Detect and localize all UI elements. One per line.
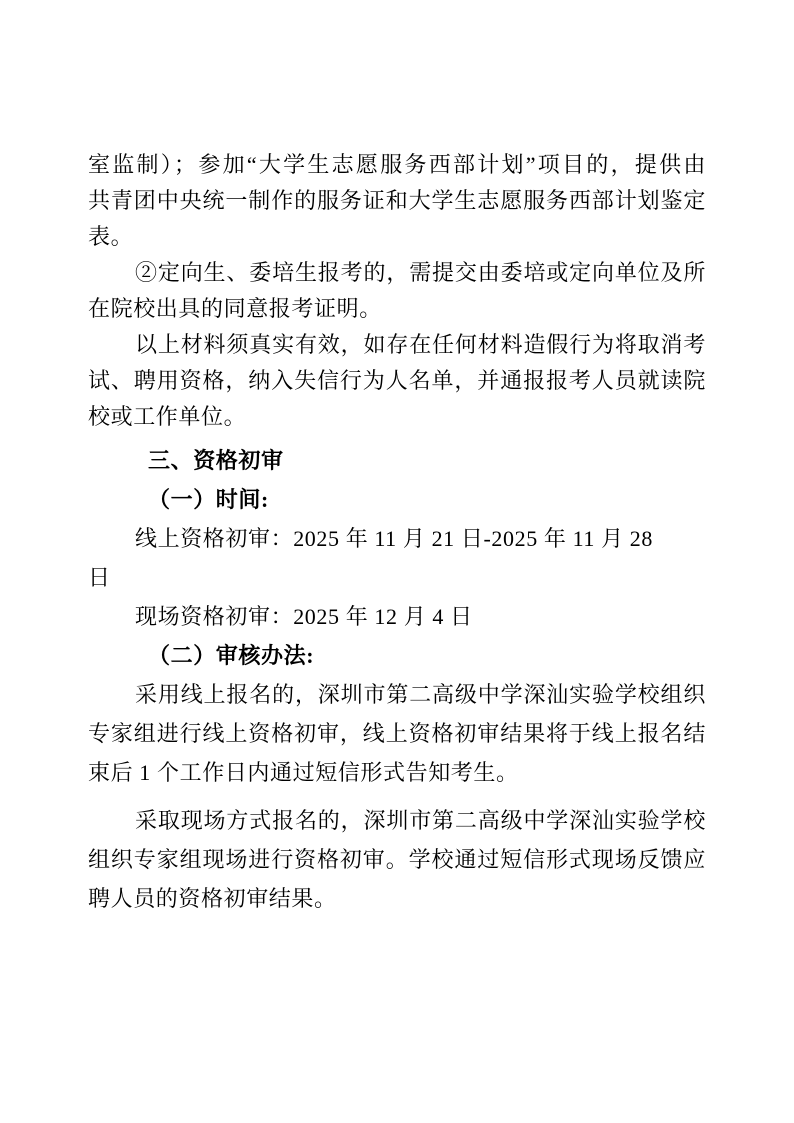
heading-section-three-qualification-review: 三、资格初审 xyxy=(88,441,706,480)
text-line: 表。 xyxy=(88,219,706,255)
paragraph-materials-westplan: 室监制）；参加“大学生志愿服务西部计划”项目的，提供由 共青团中央统一制作的服务… xyxy=(88,147,706,255)
paragraph-authenticity-warning: 以上材料须真实有效，如存在任何材料造假行为将取消考 试、聘用资格，纳入失信行为人… xyxy=(88,327,706,435)
heading-time: （一）时间: xyxy=(88,480,706,519)
heading-review-method: （二）审核办法: xyxy=(88,636,706,675)
paragraph-online-review-date: 线上资格初审：2025 年 11 月 21 日-2025 年 11 月 28 日 xyxy=(88,519,706,597)
text-line: 试、聘用资格，纳入失信行为人名单，并通报报考人员就读院 xyxy=(88,363,706,399)
text-line: 聘人员的资格初审结果。 xyxy=(88,879,706,918)
paragraph-directed-students: ②定向生、委培生报考的，需提交由委培或定向单位及所 在院校出具的同意报考证明。 xyxy=(88,255,706,327)
section-heading: 三、资格初审 xyxy=(88,441,706,480)
text-line: 束后 1 个工作日内通过短信形式告知考生。 xyxy=(88,753,706,792)
text-line: 采用线上报名的，深圳市第二高级中学深汕实验学校组织 xyxy=(88,675,706,714)
paragraph-onsite-review-date: 现场资格初审：2025 年 12 月 4 日 xyxy=(88,597,706,636)
paragraph-onsite-review-process: 采取现场方式报名的，深圳市第二高级中学深汕实验学校 组织专家组现场进行资格初审。… xyxy=(88,801,706,918)
document-lower-section: 三、资格初审 （一）时间: 线上资格初审：2025 年 11 月 21 日-20… xyxy=(88,441,706,918)
text-line: 室监制）；参加“大学生志愿服务西部计划”项目的，提供由 xyxy=(88,147,706,183)
text-line: 以上材料须真实有效，如存在任何材料造假行为将取消考 xyxy=(88,327,706,363)
text-line: 采取现场方式报名的，深圳市第二高级中学深汕实验学校 xyxy=(88,801,706,840)
text-line: 专家组进行线上资格初审，线上资格初审结果将于线上报名结 xyxy=(88,714,706,753)
document-page: 室监制）；参加“大学生志愿服务西部计划”项目的，提供由 共青团中央统一制作的服务… xyxy=(0,0,794,1123)
text-line: 组织专家组现场进行资格初审。学校通过短信形式现场反馈应 xyxy=(88,840,706,879)
text-line: ②定向生、委培生报考的，需提交由委培或定向单位及所 xyxy=(88,255,706,291)
document-upper-section: 室监制）；参加“大学生志愿服务西部计划”项目的，提供由 共青团中央统一制作的服务… xyxy=(88,147,706,435)
paragraph-online-review-process: 采用线上报名的，深圳市第二高级中学深汕实验学校组织 专家组进行线上资格初审，线上… xyxy=(88,675,706,792)
subsection-heading: （一）时间: xyxy=(88,480,706,519)
text-line: 日 xyxy=(88,558,706,597)
text-line: 现场资格初审：2025 年 12 月 4 日 xyxy=(88,597,706,636)
text-line: 在院校出具的同意报考证明。 xyxy=(88,291,706,327)
document-content: 室监制）；参加“大学生志愿服务西部计划”项目的，提供由 共青团中央统一制作的服务… xyxy=(88,147,706,918)
text-line: 共青团中央统一制作的服务证和大学生志愿服务西部计划鉴定 xyxy=(88,183,706,219)
text-line: 线上资格初审：2025 年 11 月 21 日-2025 年 11 月 28 xyxy=(88,519,706,558)
text-line: 校或工作单位。 xyxy=(88,399,706,435)
subsection-heading: （二）审核办法: xyxy=(88,636,706,675)
